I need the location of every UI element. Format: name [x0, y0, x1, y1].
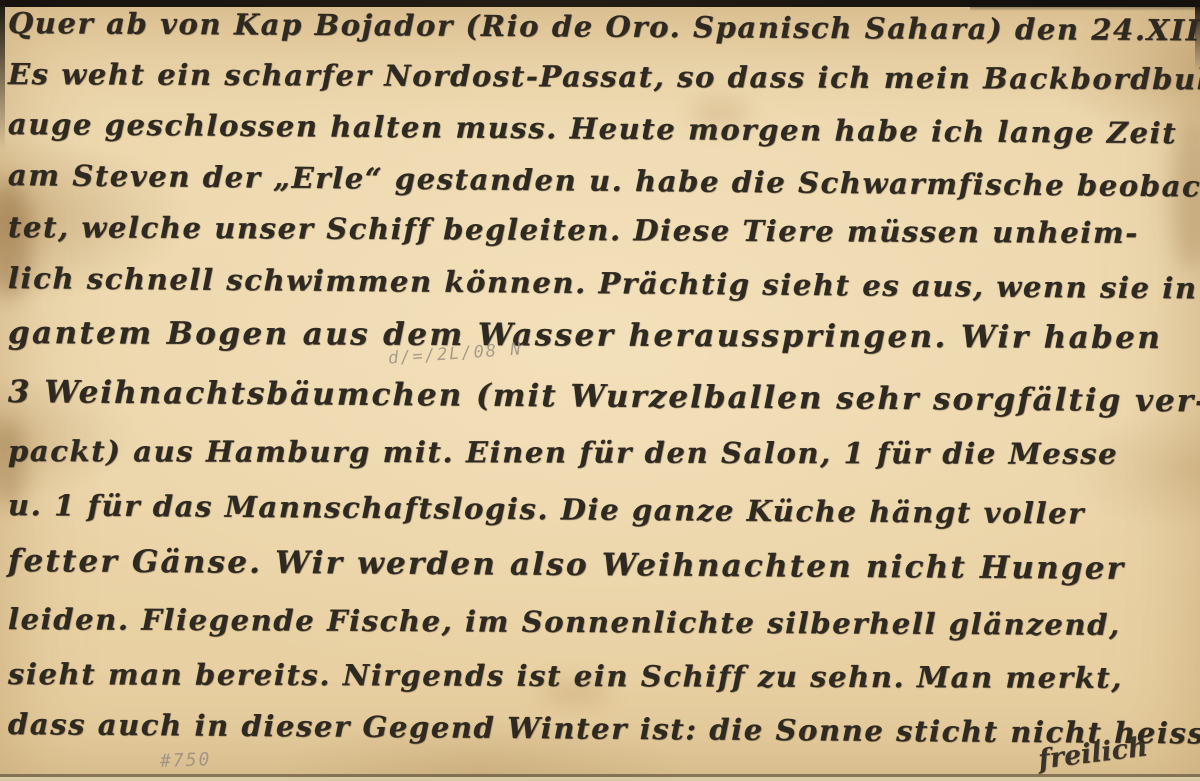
handwriting-line: packt) aus Hamburg mit. Einen für den Sa… — [8, 434, 1198, 471]
handwriting-line: dass auch in dieser Gegend Winter ist: d… — [8, 707, 1198, 750]
handwriting-line: auge geschlossen halten muss. Heute morg… — [8, 107, 1198, 150]
handwriting-line: leiden. Fliegende Fische, im Sonnenlicht… — [8, 602, 1198, 642]
handwriting-line: sieht man bereits. Nirgends ist ein Schi… — [8, 657, 1198, 695]
handwriting-line: u. 1 für das Mannschaftslogis. Die ganze… — [8, 488, 1198, 531]
handwriting-line: tet, welche unser Schiff begleiten. Dies… — [8, 210, 1198, 250]
scan-edge-top-right — [970, 0, 1200, 11]
scan-edge-bottom-strip — [0, 777, 1200, 781]
handwriting-line: 3 Weihnachtsbäumchen (mit Wurzelballen s… — [8, 374, 1198, 419]
handwriting-line: fetter Gänse. Wir werden also Weihnachte… — [8, 543, 1198, 587]
postcard-scan: Quer ab von Kap Bojador (Rio de Oro. Spa… — [0, 0, 1200, 781]
handwriting-line: am Steven der „Erle“ gestanden u. habe d… — [8, 158, 1198, 203]
handwriting-line: Quer ab von Kap Bojador (Rio de Oro. Spa… — [8, 6, 1198, 47]
handwriting-line: Es weht ein scharfer Nordost-Passat, so … — [8, 57, 1198, 96]
handwriting-line: gantem Bogen aus dem Wasser herausspring… — [8, 315, 1198, 356]
handwriting-line: lich schnell schwimmen können. Prächtig … — [8, 261, 1198, 305]
scan-edge-left — [0, 0, 5, 150]
pencil-number-mark: #750 — [160, 749, 212, 772]
